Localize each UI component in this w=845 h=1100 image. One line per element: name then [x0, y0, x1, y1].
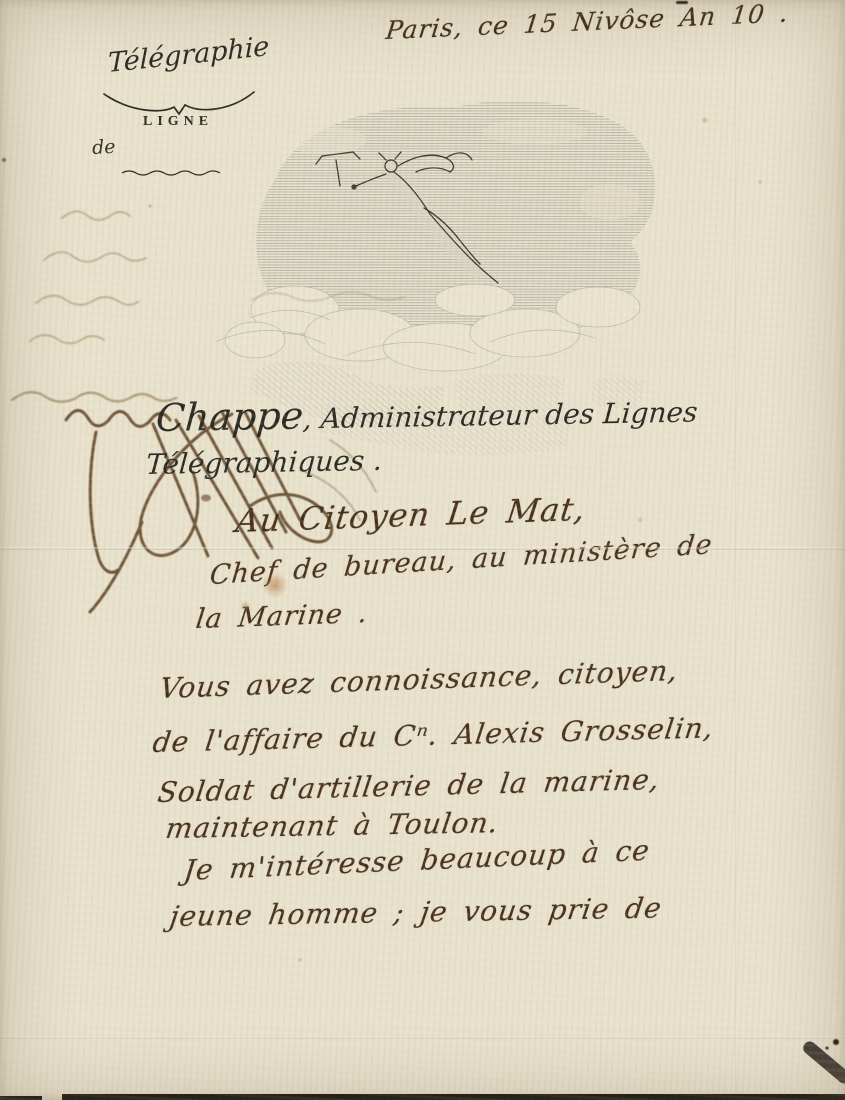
scan-edge-bottom-left: [0, 1096, 42, 1100]
letterhead-line-label: LIGNE: [143, 114, 213, 130]
letter-scan-page: Paris, ce 15 Nivôse An 10 . Télégraphie …: [0, 0, 845, 1100]
recipient-line-3: la Marine .: [194, 598, 370, 635]
sender-title-line2: Télégraphiques .: [145, 444, 383, 481]
letterhead-flourish: [100, 88, 260, 116]
sender-title: , Administrateur des Lignes: [302, 396, 699, 436]
sender-name: Chappe: [154, 393, 304, 440]
body-line: maintenant à Toulon.: [164, 806, 501, 845]
letterhead-de-label: de: [91, 136, 116, 159]
scan-edge-bottom: [62, 1094, 845, 1100]
letterhead-blank-line: [120, 167, 232, 177]
